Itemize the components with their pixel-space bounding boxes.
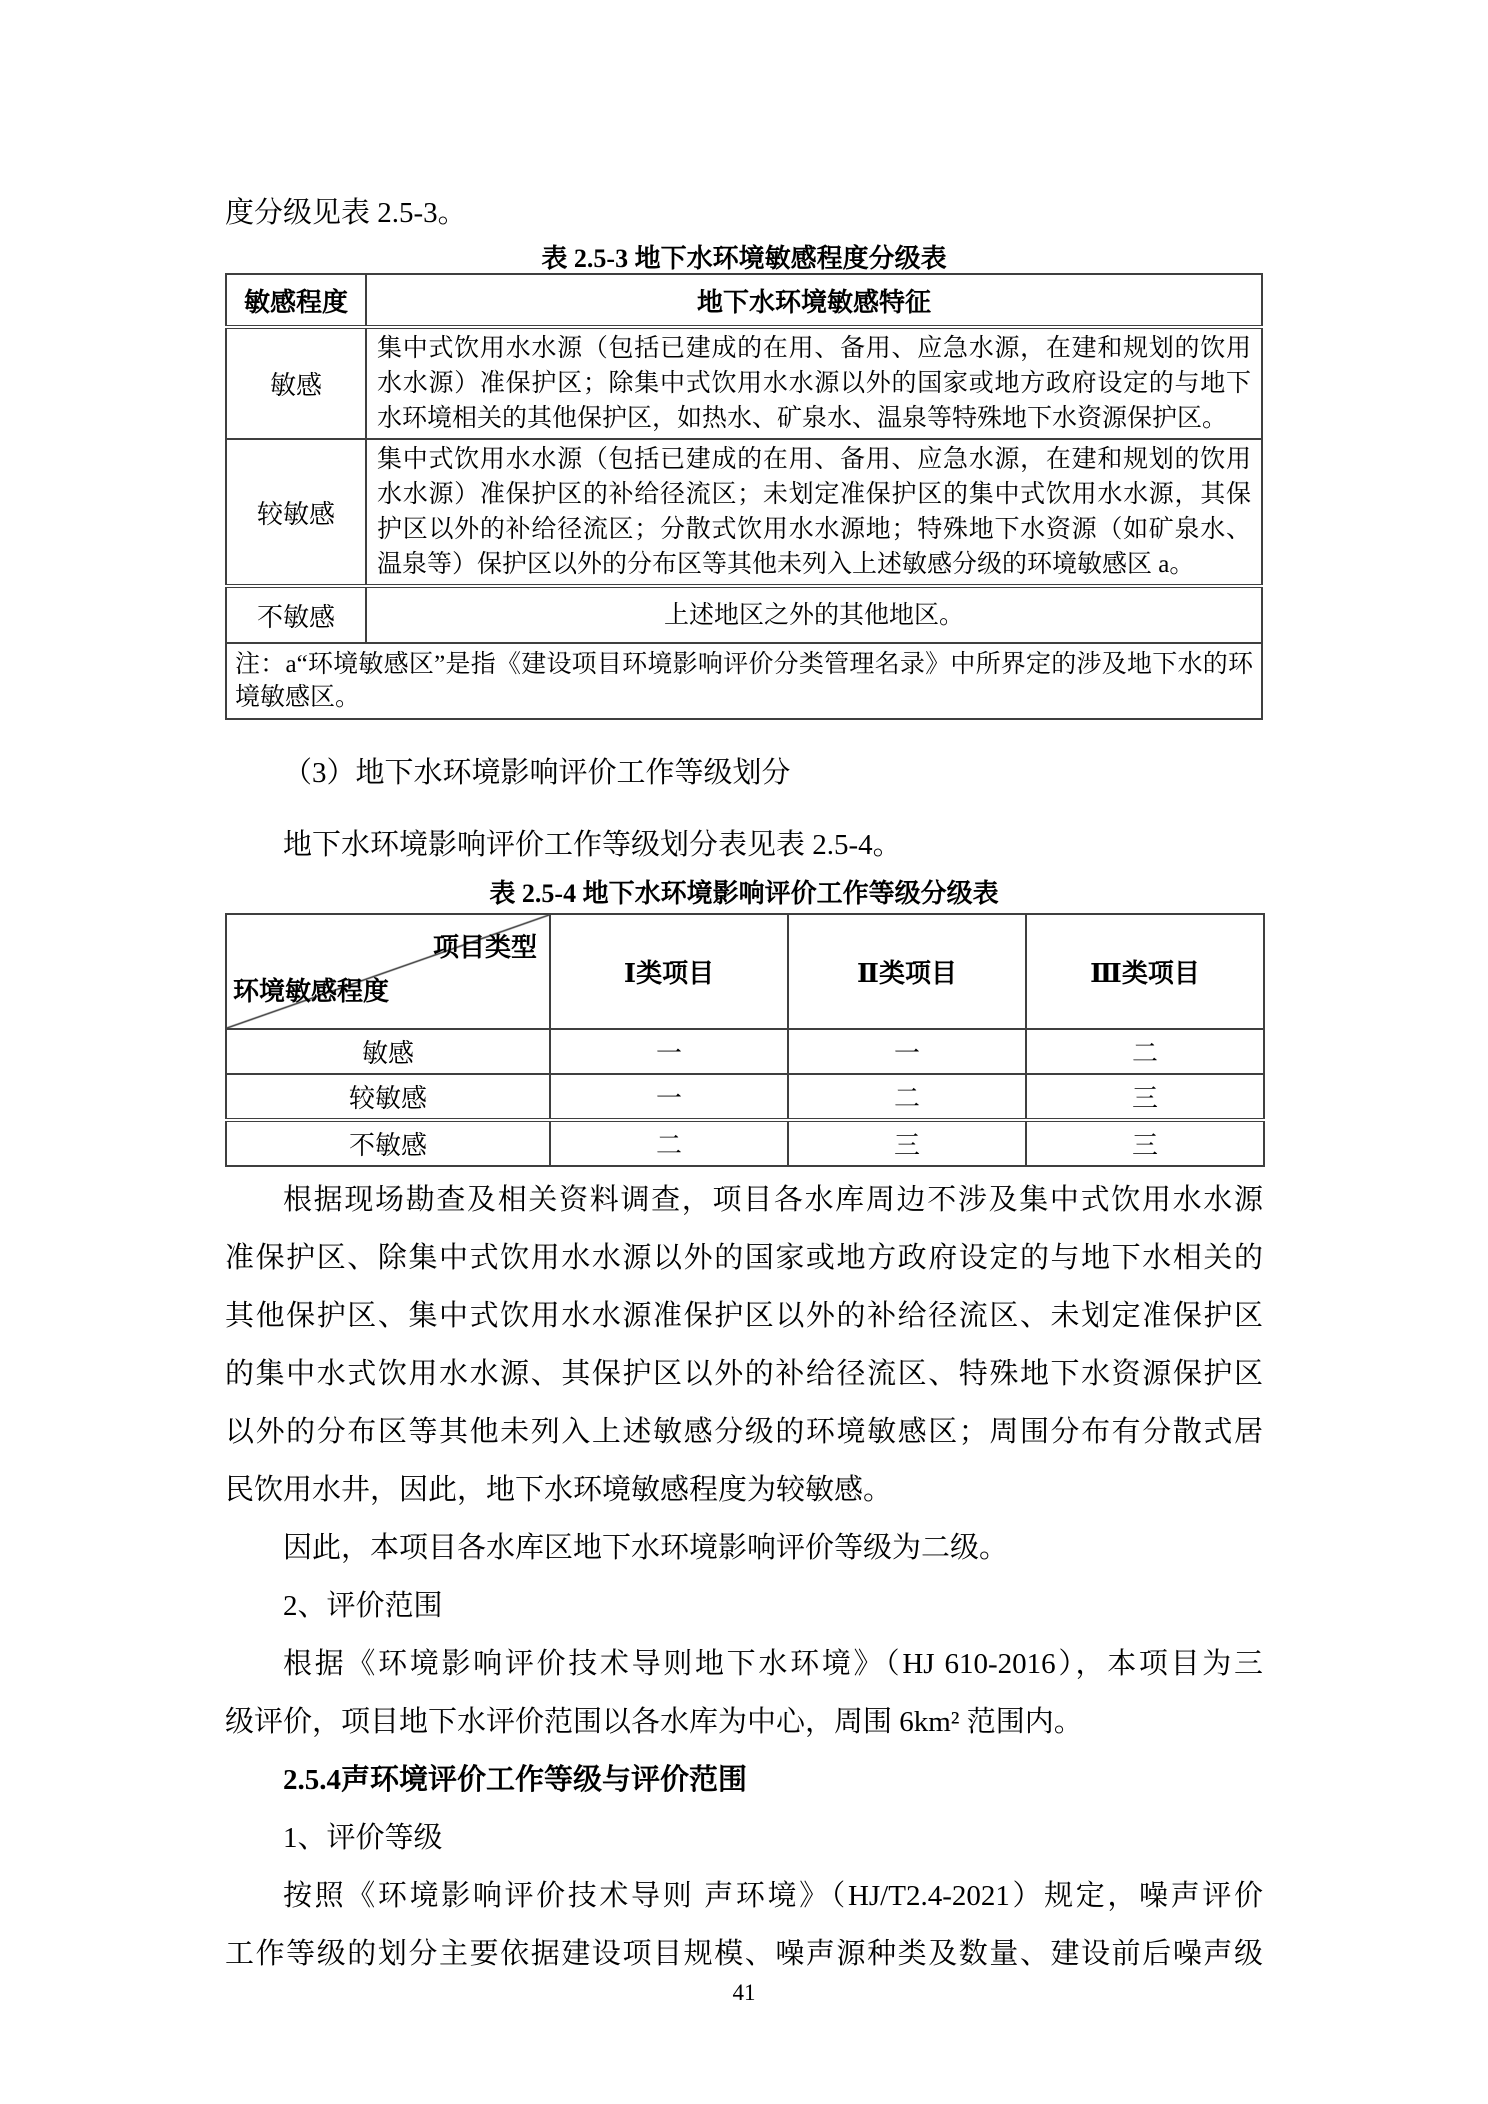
- grade-value: 二: [788, 1074, 1026, 1120]
- body-line: 级评价，项目地下水评价范围以各水库为中心，周围 6km² 范围内。: [225, 1693, 1263, 1751]
- body-line: 2、评价范围: [225, 1577, 1263, 1635]
- table1-title: 表 2.5-3 地下水环境敏感程度分级表: [225, 245, 1263, 273]
- table-row: 敏感集中式饮用水水源（包括已建成的在用、备用、应急水源，在建和规划的饮用水水源）…: [226, 327, 1262, 439]
- sensitivity-level: 较敏感: [226, 439, 366, 586]
- body-line: 工作等级的划分主要依据建设项目规模、噪声源种类及数量、建设前后噪声级: [225, 1925, 1263, 1983]
- column-header-feature: 地下水环境敏感特征: [366, 274, 1262, 327]
- grade-value: 三: [1026, 1074, 1264, 1120]
- table-row: 较敏感一二三: [226, 1074, 1264, 1120]
- body-line: 根据《环境影响评价技术导则地下水环境》（HJ 610-2016），本项目为三: [225, 1635, 1263, 1693]
- sensitivity-level: 不敏感: [226, 586, 366, 643]
- grade-column-header: Ⅲ类项目: [1026, 914, 1264, 1029]
- grade-table-body: 敏感一一二较敏感一二三不敏感二三三: [226, 1029, 1264, 1166]
- grade-column-header: Ⅰ类项目: [550, 914, 788, 1029]
- sensitivity-feature: 上述地区之外的其他地区。: [366, 586, 1262, 643]
- document-page: 度分级见表 2.5-3。 表 2.5-3 地下水环境敏感程度分级表 敏感程度 地…: [0, 0, 1488, 2104]
- grade-table: 项目类型 环境敏感程度 Ⅰ类项目Ⅱ类项目Ⅲ类项目 敏感一一二较敏感一二三不敏感二…: [225, 913, 1265, 1167]
- sensitivity-feature: 集中式饮用水水源（包括已建成的在用、备用、应急水源，在建和规划的饮用水水源）准保…: [366, 327, 1262, 439]
- grade-value: 一: [550, 1029, 788, 1074]
- sensitivity-level: 敏感: [226, 327, 366, 439]
- subheading-groundwater-grade: （3）地下水环境影响评价工作等级划分: [225, 756, 1263, 790]
- body-paragraphs: 根据现场勘查及相关资料调查，项目各水库周边不涉及集中式饮用水水源准保护区、除集中…: [225, 1171, 1263, 1983]
- table-row: 不敏感上述地区之外的其他地区。: [226, 586, 1262, 643]
- grade-header-row: 项目类型 环境敏感程度 Ⅰ类项目Ⅱ类项目Ⅲ类项目: [226, 914, 1264, 1029]
- body-line: 准保护区、除集中式饮用水水源以外的国家或地方政府设定的与地下水相关的: [225, 1229, 1263, 1287]
- sensitivity-level: 较敏感: [226, 1074, 550, 1120]
- section-heading: 2.5.4声环境评价工作等级与评价范围: [225, 1751, 1263, 1809]
- table-row: 敏感一一二: [226, 1029, 1264, 1074]
- table2-title: 表 2.5-4 地下水环境影响评价工作等级分级表: [225, 880, 1263, 908]
- sensitivity-level: 不敏感: [226, 1120, 550, 1166]
- sensitivity-feature: 集中式饮用水水源（包括已建成的在用、备用、应急水源，在建和规划的饮用水水源）准保…: [366, 439, 1262, 586]
- sensitivity-table-body: 敏感集中式饮用水水源（包括已建成的在用、备用、应急水源，在建和规划的饮用水水源）…: [226, 327, 1262, 643]
- body-line: 民饮用水井，因此，地下水环境敏感程度为较敏感。: [225, 1461, 1263, 1519]
- diagonal-header-cell: 项目类型 环境敏感程度: [226, 914, 550, 1029]
- table-row: 较敏感集中式饮用水水源（包括已建成的在用、备用、应急水源，在建和规划的饮用水水源…: [226, 439, 1262, 586]
- intro-line: 度分级见表 2.5-3。: [225, 196, 1263, 230]
- page-number: 41: [225, 1980, 1263, 2006]
- corner-label-project-type: 项目类型: [433, 927, 537, 964]
- table-note: 注：a“环境敏感区”是指《建设项目环境影响评价分类管理名录》中所界定的涉及地下水…: [226, 643, 1262, 719]
- see-table-line: 地下水环境影响评价工作等级划分表见表 2.5-4。: [225, 828, 1263, 862]
- grade-value: 三: [1026, 1120, 1264, 1166]
- body-line: 以外的分布区等其他未列入上述敏感分级的环境敏感区；周围分布有分散式居: [225, 1403, 1263, 1461]
- body-line: 按照《环境影响评价技术导则 声环境》（HJ/T2.4-2021）规定，噪声评价: [225, 1867, 1263, 1925]
- sensitivity-level: 敏感: [226, 1029, 550, 1074]
- table-note-row: 注：a“环境敏感区”是指《建设项目环境影响评价分类管理名录》中所界定的涉及地下水…: [226, 643, 1262, 719]
- grade-value: 一: [550, 1074, 788, 1120]
- table-header-row: 敏感程度 地下水环境敏感特征: [226, 274, 1262, 327]
- sensitivity-table: 敏感程度 地下水环境敏感特征 敏感集中式饮用水水源（包括已建成的在用、备用、应急…: [225, 273, 1263, 720]
- body-line: 因此，本项目各水库区地下水环境影响评价等级为二级。: [225, 1519, 1263, 1577]
- body-line: 的集中水式饮用水水源、其保护区以外的补给径流区、特殊地下水资源保护区: [225, 1345, 1263, 1403]
- body-line: 其他保护区、集中式饮用水水源准保护区以外的补给径流区、未划定准保护区: [225, 1287, 1263, 1345]
- grade-value: 二: [550, 1120, 788, 1166]
- corner-label-sensitivity: 环境敏感程度: [233, 971, 389, 1008]
- page-content: 度分级见表 2.5-3。 表 2.5-3 地下水环境敏感程度分级表 敏感程度 地…: [225, 196, 1263, 1983]
- grade-value: 二: [1026, 1029, 1264, 1074]
- grade-value: 一: [788, 1029, 1026, 1074]
- grade-column-header: Ⅱ类项目: [788, 914, 1026, 1029]
- grade-value: 三: [788, 1120, 1026, 1166]
- column-header-level: 敏感程度: [226, 274, 366, 327]
- body-line: 1、评价等级: [225, 1809, 1263, 1867]
- table-row: 不敏感二三三: [226, 1120, 1264, 1166]
- body-line: 根据现场勘查及相关资料调查，项目各水库周边不涉及集中式饮用水水源: [225, 1171, 1263, 1229]
